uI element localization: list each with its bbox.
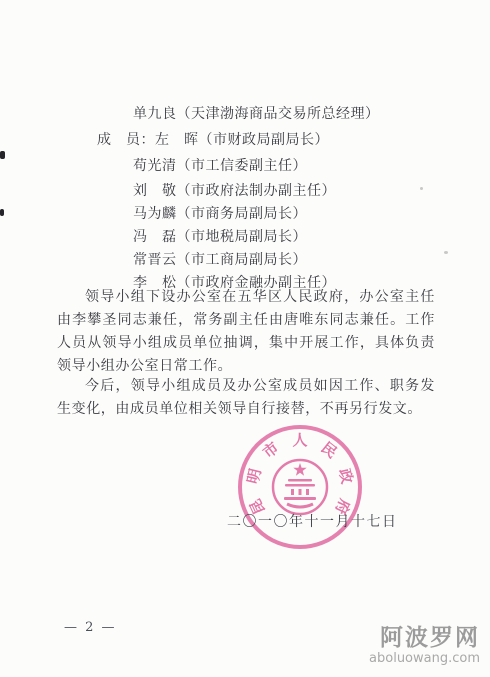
scan-artifact <box>0 151 5 159</box>
watermark: 阿波罗网 aboluowang.com <box>369 626 480 667</box>
member-list-label-line: 成 员：左 晖（市财政局副局长） <box>97 129 329 149</box>
member-line: 左 晖（市财政局副局长） <box>155 132 329 148</box>
seal-ring-character: 人 <box>292 431 307 449</box>
member-carryover-line: 单九良（天津渤海商品交易所总经理） <box>133 103 380 123</box>
scan-artifact <box>0 209 4 216</box>
member-line: 马为麟（市商务局副局长） <box>133 203 307 223</box>
member-line: 苟光清（市工信委副主任） <box>133 155 307 175</box>
member-list-label: 成 员： <box>97 132 155 148</box>
page-number: — 2 — <box>64 620 117 635</box>
seal-ring-character: 明 <box>244 467 265 486</box>
national-emblem-icon <box>273 460 327 514</box>
watermark-url: aboluowang.com <box>369 652 480 666</box>
body-paragraph: 今后，领导小组成员及办公室成员如因工作、职务发生变化，由成员单位相关领导自行接替… <box>57 375 435 421</box>
member-line: 常晋云（市工商局副局长） <box>133 249 307 269</box>
member-line: 冯 磊（市地税局副局长） <box>133 226 307 246</box>
official-seal: 昆明市人民政府 <box>230 417 370 557</box>
scan-speck <box>444 251 448 254</box>
scanned-document-page: 单九良（天津渤海商品交易所总经理） 成 员：左 晖（市财政局副局长） 苟光清（市… <box>0 0 490 677</box>
watermark-site-name: 阿波罗网 <box>369 626 480 651</box>
scan-speck <box>420 187 423 190</box>
member-line: 刘 敬（市政府法制办副主任） <box>133 180 336 200</box>
document-date: 二〇一〇年十一月十七日 <box>227 511 397 531</box>
body-paragraph: 领导小组下设办公室在五华区人民政府，办公室主任由李攀圣同志兼任，常务副主任由唐唯… <box>57 286 435 378</box>
seal-ring-character: 政 <box>335 467 356 486</box>
